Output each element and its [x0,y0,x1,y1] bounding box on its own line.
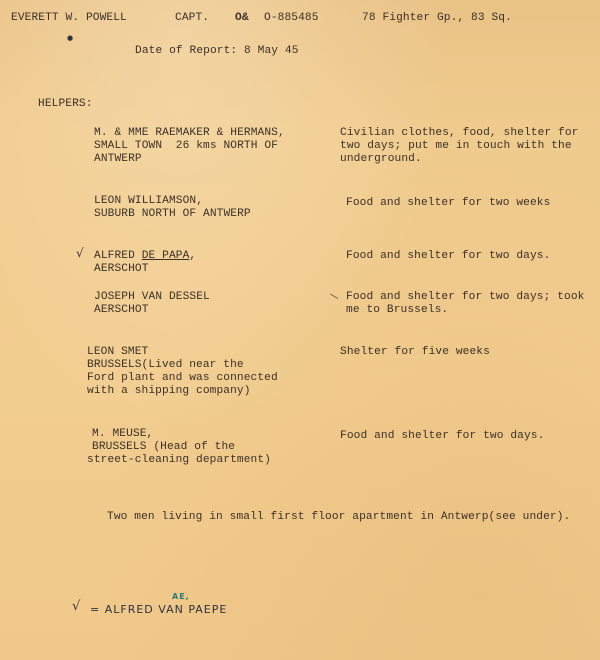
helper-location: BRUSSELS (Head of the [92,441,235,454]
helper-name: LEON WILLIAMSON, [94,195,203,208]
pen-tick-icon: — [327,289,341,304]
help-description: me to Brussels. [346,304,448,317]
helper-note: Ford plant and was connected [87,372,278,385]
help-description: Civilian clothes, food, shelter for [340,127,578,140]
handwritten-correction: AE, [172,592,190,601]
handwritten-annotation: = ALFRED VAN PAEPE [90,603,227,616]
helper-location: AERSCHOT [94,304,149,317]
airman-name: EVERETT W. POWELL [11,12,127,25]
help-description: two days; put me in touch with the [340,140,572,153]
helper-location: ANTWERP [94,153,142,166]
helper-name: LEON SMET [87,346,148,359]
apartment-note: Two men living in small first floor apar… [107,511,570,524]
check-mark-icon: √ [76,246,84,260]
helper-location: SMALL TOWN 26 kms NORTH OF [94,140,278,153]
serial-prefix: O& [235,12,249,25]
check-mark-icon: √ [72,599,80,614]
serial-number: O-885485 [264,12,319,25]
helper-name: JOSEPH VAN DESSEL [94,291,210,304]
helper-name: M. MEUSE, [92,428,153,441]
helper-location: SUBURB NORTH OF ANTWERP [94,208,251,221]
helper-location: BRUSSELS(Lived near the [87,359,244,372]
help-description: Food and shelter for two weeks [346,197,550,210]
helper-note: street-cleaning department) [87,454,271,467]
helper-location: AERSCHOT [94,263,149,276]
unit: 78 Fighter Gp., 83 Sq. [362,12,512,25]
help-description: Shelter for five weeks [340,346,490,359]
ink-dot: ● [67,34,73,42]
document-page: EVERETT W. POWELL CAPT. O& O-885485 78 F… [0,0,600,660]
helper-name: M. & MME RAEMAKER & HERMANS, [94,127,285,140]
help-description: Food and shelter for two days. [346,250,550,263]
section-title: HELPERS: [38,98,93,111]
help-description: Food and shelter for two days. [340,430,544,443]
airman-rank: CAPT. [175,12,209,25]
helper-name: ALFRED DE PAPA, [94,250,196,263]
helper-note: with a shipping company) [87,385,251,398]
date-of-report: Date of Report: 8 May 45 [135,45,299,58]
help-description: Food and shelter for two days; took [346,291,584,304]
help-description: underground. [340,153,422,166]
